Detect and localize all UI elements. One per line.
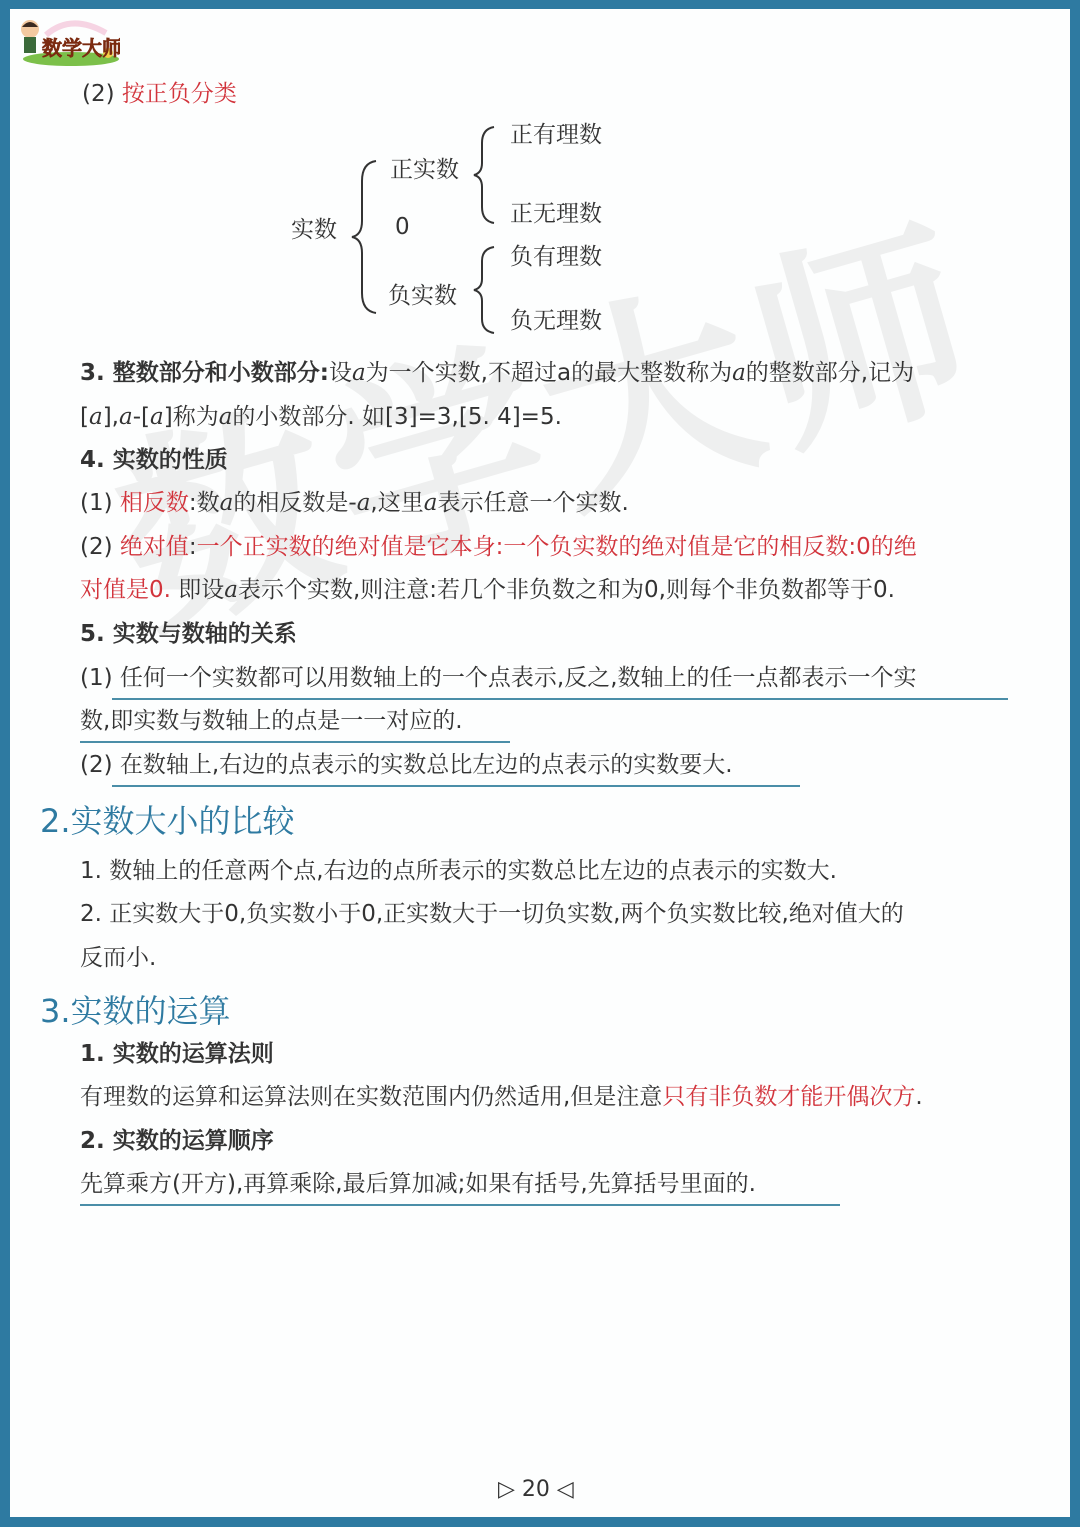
classification-heading: (2) 按正负分类 — [82, 79, 237, 109]
tree-branch-negative: 负实数 — [388, 277, 457, 310]
item4-p2-line1: (2) 绝对值:一个正实数的绝对值是它本身:一个负实数的绝对值是它的相反数:0的… — [80, 532, 917, 562]
item-number: (1) — [80, 665, 113, 691]
page-number: ▷ 20 ◁ — [498, 1477, 574, 1502]
triangle-right-icon: ▷ — [498, 1477, 515, 1502]
text: 的整数部分,记为 — [746, 360, 914, 386]
variable: a — [224, 577, 238, 603]
variable: a — [732, 360, 746, 386]
highlight-text: 对值是0. — [80, 577, 171, 603]
item5-p1-line1: (1) 任何一个实数都可以用数轴上的一个点表示,反之,数轴上的任一点都表示一个实 — [80, 663, 917, 693]
brand-logo: 数学大师 — [16, 15, 120, 67]
tree-leaf: 正无理数 — [510, 195, 602, 228]
section2-p2-line1: 2. 正实数大于0,负实数小于0,正实数大于一切负实数,两个负实数比较,绝对值大… — [80, 899, 904, 929]
variable: a — [352, 360, 366, 386]
text: ], — [103, 404, 119, 430]
underline-divider — [112, 698, 1008, 700]
highlight-text: 只有非负数才能开偶次方 — [662, 1084, 915, 1110]
section3-sub1-text: 有理数的运算和运算法则在实数范围内仍然适用,但是注意只有非负数才能开偶次方. — [80, 1082, 923, 1112]
section3-heading: 3.实数的运算 — [40, 991, 231, 1031]
variable: a — [89, 404, 103, 430]
key-term: 绝对值 — [120, 534, 189, 560]
item-number: (2) — [80, 534, 113, 560]
highlight-text: 一个正实数的绝对值是它本身:一个负实数的绝对值是它的相反数:0的绝 — [197, 534, 917, 560]
svg-text:数学大师: 数学大师 — [42, 36, 120, 60]
variable: a — [220, 490, 234, 516]
section3-sub2-text: 先算乘方(开方),再算乘除,最后算加减;如果有括号,先算括号里面的. — [80, 1169, 756, 1199]
tree-leaf: 负有理数 — [510, 238, 602, 271]
text: 的小数部分. 如[3]=3,[5. 4]=5. — [232, 404, 561, 430]
document-page: 数学大师 数学大师 (2) 按正负分类 实数 正实数 0 负实数 正 — [10, 9, 1070, 1517]
text: 即设 — [171, 577, 224, 603]
tree-root: 实数 — [291, 211, 337, 244]
section3-sub2-title: 2. 实数的运算顺序 — [80, 1126, 274, 1156]
text: 在数轴上,右边的点表示的实数总比左边的点表示的实数要大. — [120, 752, 733, 778]
text: 表示任意一个实数. — [437, 490, 628, 516]
item5-p1-line2: 数,即实数与数轴上的点是一一对应的. — [80, 706, 463, 736]
page-number-value: 20 — [522, 1477, 550, 1502]
text: 表示个实数,则注意:若几个非负数之和为0,则每个非负数都等于0. — [238, 577, 895, 603]
text: : — [189, 534, 197, 560]
text: ]称为 — [164, 404, 219, 430]
tree-leaf: 正有理数 — [510, 116, 602, 149]
text: . — [915, 1084, 922, 1110]
underline-divider — [80, 741, 510, 743]
item-number: (2) — [80, 752, 113, 778]
item3-line2: [a],a-[a]称为a的小数部分. 如[3]=3,[5. 4]=5. — [80, 402, 562, 432]
item4-title: 4. 实数的性质 — [80, 445, 228, 475]
item5-p2: (2) 在数轴上,右边的点表示的实数总比左边的点表示的实数要大. — [80, 750, 733, 780]
section2-p2-line2: 反而小. — [80, 943, 156, 973]
variable: a — [150, 404, 164, 430]
tree-branch-zero: 0 — [395, 214, 410, 240]
key-term: 相反数 — [120, 490, 189, 516]
item4-p1: (1) 相反数:数a的相反数是-a,这里a表示任意一个实数. — [80, 488, 629, 518]
item4-p2-line2: 对值是0. 即设a表示个实数,则注意:若几个非负数之和为0,则每个非负数都等于0… — [80, 575, 895, 605]
brace-positive-icon — [472, 125, 498, 225]
variable: a — [357, 490, 371, 516]
tree-branch-positive: 正实数 — [390, 151, 459, 184]
text: 有理数的运算和运算法则在实数范围内仍然适用,但是注意 — [80, 1084, 662, 1110]
section2-heading: 2.实数大小的比较 — [40, 801, 295, 841]
variable: a — [219, 404, 233, 430]
text: ,这里 — [370, 490, 423, 516]
text: [ — [80, 404, 89, 430]
tree-leaf: 负无理数 — [510, 302, 602, 335]
text: 的相反数是- — [233, 490, 356, 516]
underline-divider — [80, 1204, 840, 1206]
section3-sub1-title: 1. 实数的运算法则 — [80, 1039, 274, 1069]
logo-illustration-icon: 数学大师 — [16, 15, 120, 67]
classification-label: 按正负分类 — [122, 81, 237, 107]
triangle-left-icon: ◁ — [557, 1477, 574, 1502]
text: 为一个实数,不超过a的最大整数称为 — [366, 360, 732, 386]
text: 设 — [329, 360, 352, 386]
variable: a — [424, 490, 438, 516]
big-brace-icon — [350, 159, 380, 319]
section2-p1: 1. 数轴上的任意两个点,右边的点所表示的实数总比左边的点表示的实数大. — [80, 856, 837, 886]
underline-divider — [112, 785, 800, 787]
item-number: (1) — [80, 490, 113, 516]
item3-line1: 3. 整数部分和小数部分:设a为一个实数,不超过a的最大整数称为a的整数部分,记… — [80, 358, 914, 388]
item5-title: 5. 实数与数轴的关系 — [80, 619, 297, 649]
item-number: (2) — [82, 81, 115, 107]
text: 任何一个实数都可以用数轴上的一个点表示,反之,数轴上的任一点都表示一个实 — [120, 665, 917, 691]
variable: a — [119, 404, 133, 430]
text: -[ — [133, 404, 150, 430]
item3-title: 3. 整数部分和小数部分: — [80, 360, 329, 386]
text: :数 — [189, 490, 220, 516]
brace-negative-icon — [472, 245, 498, 335]
